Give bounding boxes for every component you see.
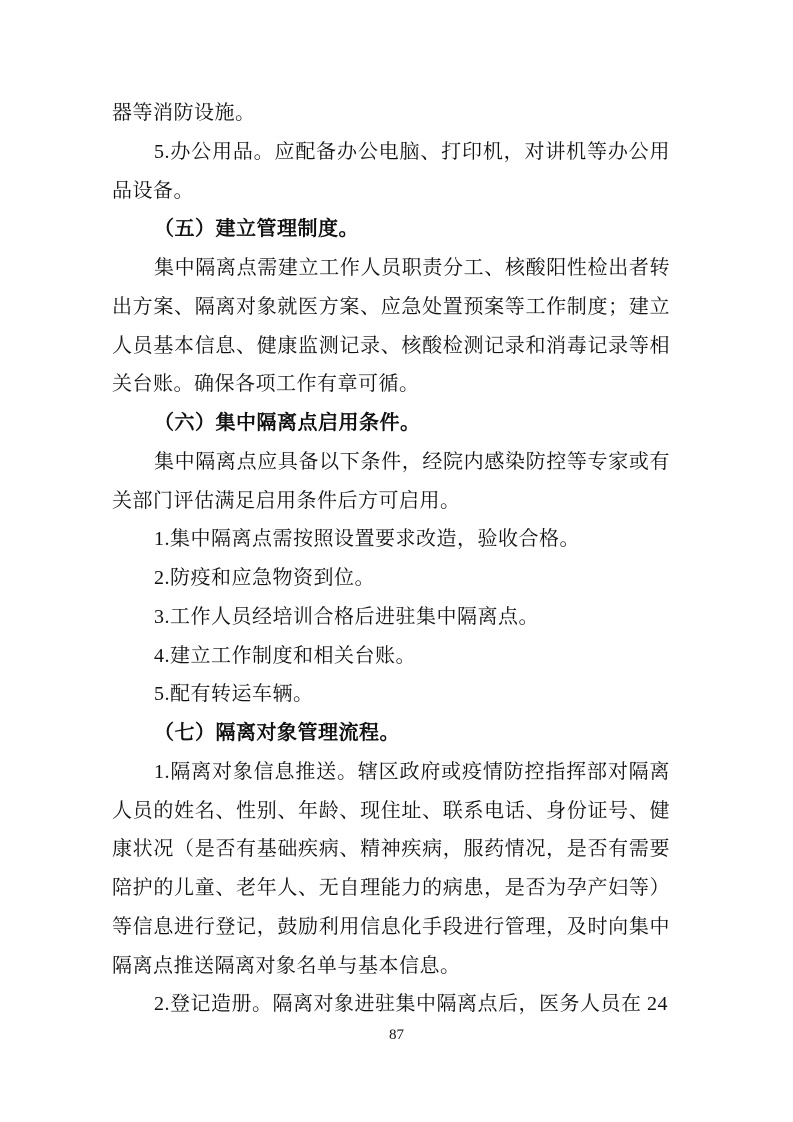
- text-line: （五）建立管理制度。: [112, 210, 670, 249]
- text-line: 5.配有转运车辆。: [112, 675, 670, 714]
- paragraph: 器等消防设施。: [112, 94, 670, 133]
- text-line: 人员的姓名、性别、年龄、现住址、联系电话、身份证号、健: [112, 792, 670, 831]
- heading: （六）集中隔离点启用条件。: [112, 404, 670, 443]
- paragraph: 1.集中隔离点需按照设置要求改造，验收合格。: [112, 520, 670, 559]
- text-line: 出方案、隔离对象就医方案、应急处置预案等工作制度；建立: [112, 288, 670, 327]
- text-line: 器等消防设施。: [112, 94, 670, 133]
- text-line: 品设备。: [112, 172, 670, 211]
- text-line: 集中隔离点应具备以下条件，经院内感染防控等专家或有: [112, 443, 670, 482]
- paragraph: 4.建立工作制度和相关台账。: [112, 637, 670, 676]
- text-line: 1.集中隔离点需按照设置要求改造，验收合格。: [112, 520, 670, 559]
- paragraph: 5.办公用品。应配备办公电脑、打印机，对讲机等办公用品设备。: [112, 133, 670, 211]
- text-line: 人员基本信息、健康监测记录、核酸检测记录和消毒记录等相: [112, 327, 670, 366]
- text-line: 关部门评估满足启用条件后方可启用。: [112, 482, 670, 521]
- text-line: 隔离点推送隔离对象名单与基本信息。: [112, 947, 670, 986]
- heading: （五）建立管理制度。: [112, 210, 670, 249]
- document-page: 器等消防设施。5.办公用品。应配备办公电脑、打印机，对讲机等办公用品设备。（五）…: [0, 0, 793, 1122]
- text-line: 2.防疫和应急物资到位。: [112, 559, 670, 598]
- text-line: （六）集中隔离点启用条件。: [112, 404, 670, 443]
- text-line: （七）隔离对象管理流程。: [112, 714, 670, 753]
- text-line: 3.工作人员经培训合格后进驻集中隔离点。: [112, 598, 670, 637]
- paragraph: 1.隔离对象信息推送。辖区政府或疫情防控指挥部对隔离人员的姓名、性别、年龄、现住…: [112, 753, 670, 986]
- text-line: 2.登记造册。隔离对象进驻集中隔离点后，医务人员在 24: [112, 985, 670, 1024]
- text-line: 关台账。确保各项工作有章可循。: [112, 365, 670, 404]
- text-line: 1.隔离对象信息推送。辖区政府或疫情防控指挥部对隔离: [112, 753, 670, 792]
- document-body: 器等消防设施。5.办公用品。应配备办公电脑、打印机，对讲机等办公用品设备。（五）…: [112, 94, 670, 1024]
- paragraph: 集中隔离点需建立工作人员职责分工、核酸阳性检出者转出方案、隔离对象就医方案、应急…: [112, 249, 670, 404]
- text-line: 集中隔离点需建立工作人员职责分工、核酸阳性检出者转: [112, 249, 670, 288]
- text-line: 5.办公用品。应配备办公电脑、打印机，对讲机等办公用: [112, 133, 670, 172]
- paragraph: 2.防疫和应急物资到位。: [112, 559, 670, 598]
- text-line: 康状况（是否有基础疾病、精神疾病，服药情况，是否有需要: [112, 830, 670, 869]
- page-number: 87: [0, 1024, 793, 1046]
- heading: （七）隔离对象管理流程。: [112, 714, 670, 753]
- text-line: 陪护的儿童、老年人、无自理能力的病患，是否为孕产妇等）: [112, 869, 670, 908]
- text-line: 等信息进行登记，鼓励利用信息化手段进行管理，及时向集中: [112, 908, 670, 947]
- paragraph: 集中隔离点应具备以下条件，经院内感染防控等专家或有关部门评估满足启用条件后方可启…: [112, 443, 670, 521]
- paragraph: 3.工作人员经培训合格后进驻集中隔离点。: [112, 598, 670, 637]
- text-line: 4.建立工作制度和相关台账。: [112, 637, 670, 676]
- paragraph: 2.登记造册。隔离对象进驻集中隔离点后，医务人员在 24: [112, 985, 670, 1024]
- paragraph: 5.配有转运车辆。: [112, 675, 670, 714]
